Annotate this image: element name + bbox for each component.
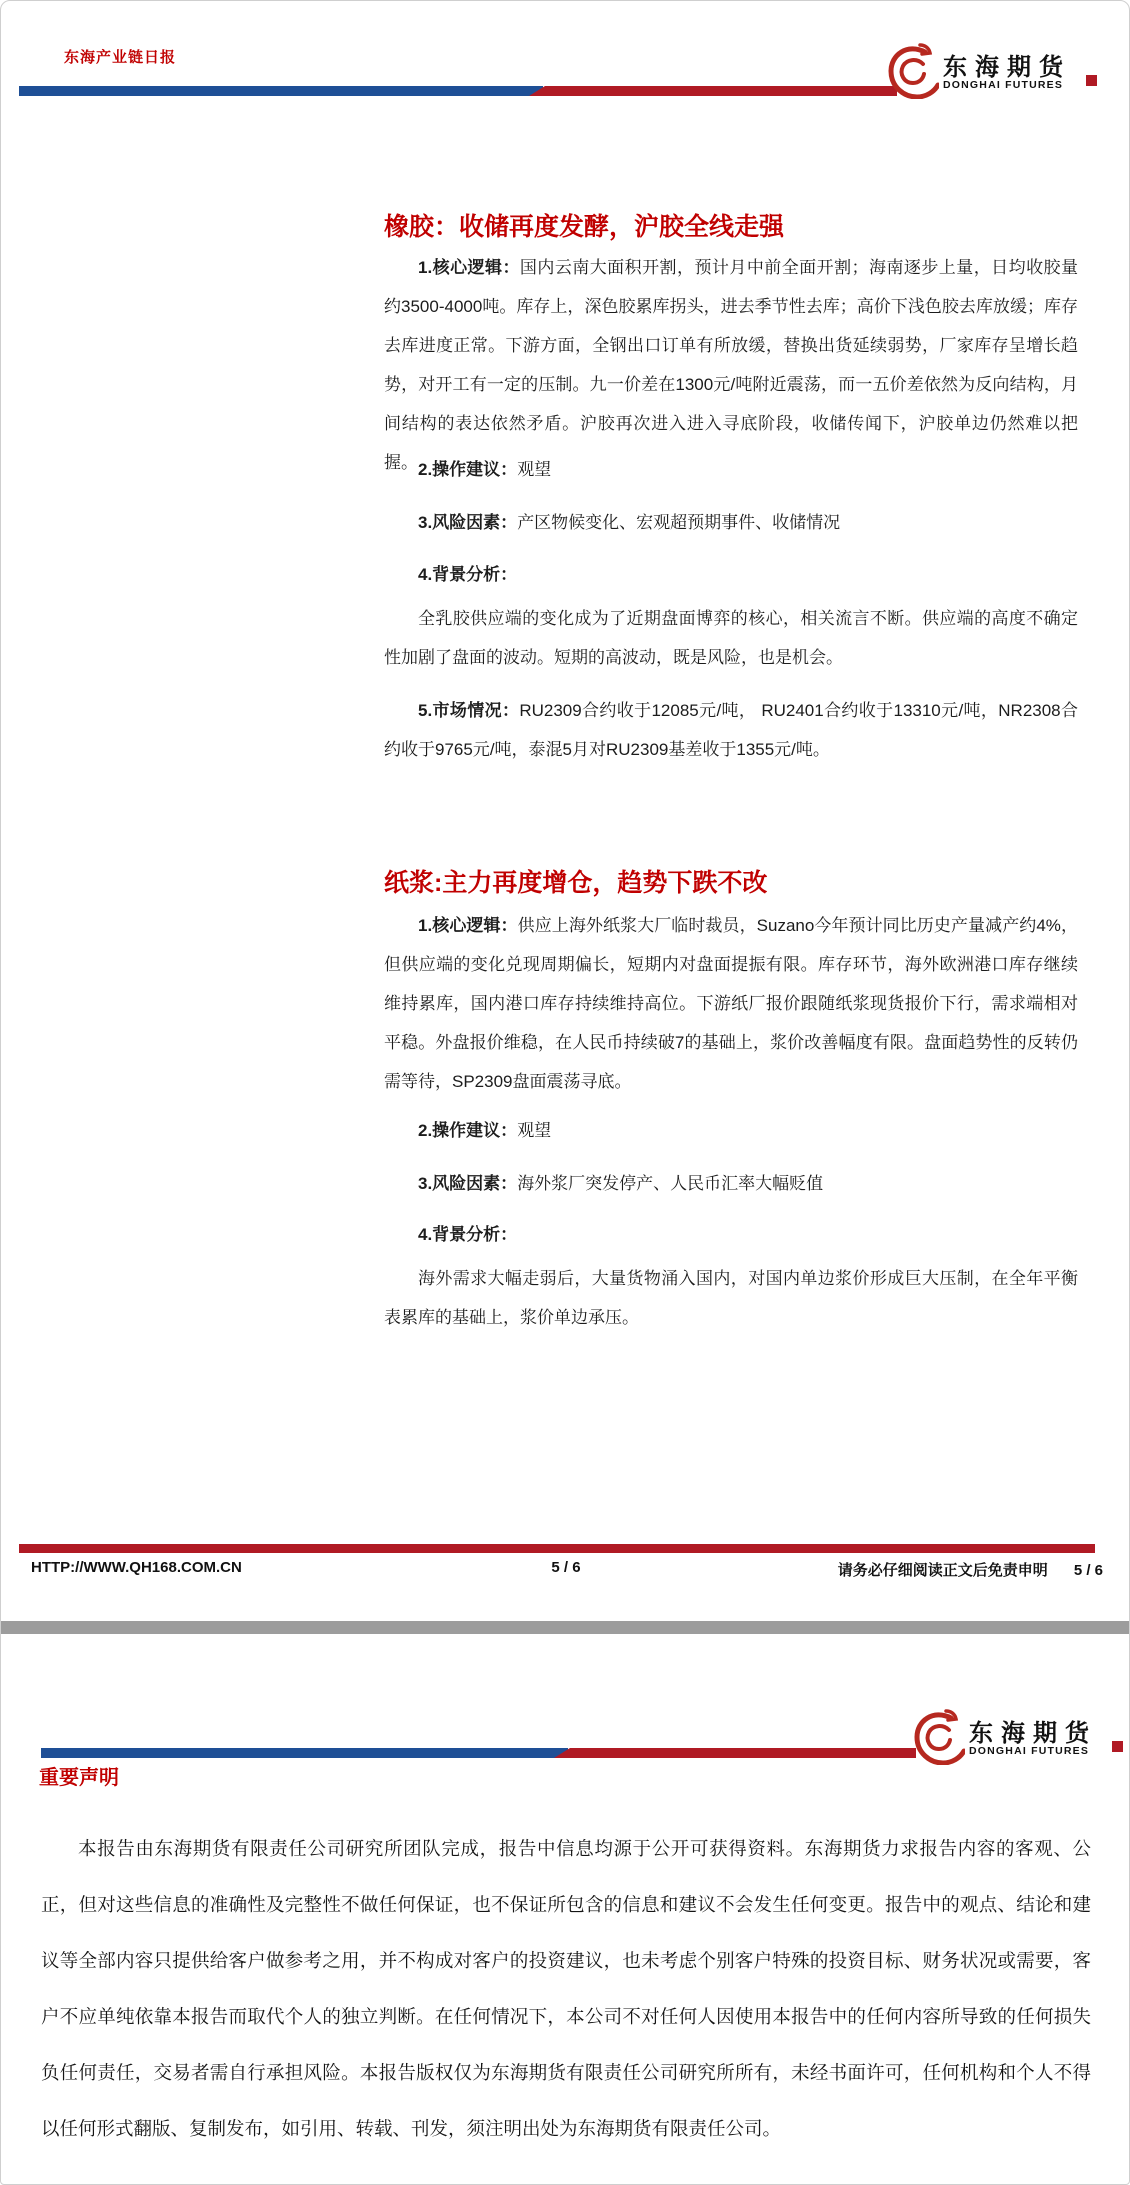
section-title-pulp: 纸浆:主力再度增仓，趋势下跌不改 (384, 863, 767, 899)
header-divider-bar (41, 1748, 916, 1758)
rubber-core-logic: 1.核心逻辑：国内云南大面积开割，预计月中前全面开割；海南逐步上量，日均收胶量约… (384, 248, 1078, 482)
divider-blue-segment (19, 86, 543, 96)
rubber-advice: 2.操作建议：观望 (384, 450, 1078, 489)
item-label: 1.核心逻辑： (418, 258, 520, 277)
item-text: 海外需求大幅走弱后，大量货物涌入国内，对国内单边浆价形成巨大压制，在全年平衡表累… (384, 1269, 1078, 1327)
item-text: 观望 (517, 1121, 551, 1140)
logo-chinese-name: 东海期货 (943, 47, 1071, 82)
item-text: 全乳胶供应端的变化成为了近期盘面博弈的核心，相关流言不断。供应端的高度不确定性加… (384, 609, 1078, 667)
footer-page-number-right: 5 / 6 (1074, 1562, 1103, 1579)
donghai-logo: 东海期货 DONGHAI FUTURES (885, 41, 1099, 101)
divider-red-segment (554, 1748, 916, 1758)
item-label: 2.操作建议： (418, 1121, 517, 1140)
pulp-core-logic: 1.核心逻辑：供应上海外纸浆大厂临时裁员，Suzano今年预计同比历史产量减产约… (384, 906, 1078, 1101)
section-title-rubber: 橡胶：收储再度发酵，沪胶全线走强 (384, 207, 784, 243)
pulp-risks: 3.风险因素：海外浆厂突发停产、人民币汇率大幅贬值 (384, 1164, 1078, 1203)
rubber-background-text: 全乳胶供应端的变化成为了近期盘面博弈的核心，相关流言不断。供应端的高度不确定性加… (384, 599, 1078, 677)
header-divider-bar (19, 86, 897, 96)
item-label: 5.市场情况： (418, 701, 519, 720)
item-label: 4.背景分析： (418, 565, 517, 584)
item-text: 国内云南大面积开割，预计月中前全面开割；海南逐步上量，日均收胶量约3500-40… (384, 258, 1078, 472)
item-text: 海外浆厂突发停产、人民币汇率大幅贬值 (517, 1174, 823, 1193)
item-text: 观望 (517, 460, 551, 479)
page-separator (1, 1621, 1130, 1634)
logo-red-square (1112, 1741, 1123, 1752)
rubber-risks: 3.风险因素：产区物候变化、宏观超预期事件、收储情况 (384, 503, 1078, 542)
divider-blue-segment (41, 1748, 568, 1758)
dragon-logo-icon (911, 1707, 965, 1765)
logo-chinese-name: 东海期货 (969, 1713, 1097, 1748)
footer-row: HTTP://WWW.QH168.COM.CN 5 / 6 请务必仔细阅读正文后… (1, 1559, 1130, 1583)
logo-red-square (1086, 75, 1097, 86)
item-label: 4.背景分析： (418, 1225, 517, 1244)
divider-red-segment (529, 86, 897, 96)
report-document: 东海产业链日报 东海期货 DONGHAI FUTURES 橡胶：收储再度发酵，沪… (0, 0, 1130, 2185)
pulp-background-label: 4.背景分析： (384, 1215, 1078, 1254)
item-label: 1.核心逻辑： (418, 916, 518, 935)
item-label: 3.风险因素： (418, 1174, 517, 1193)
footer-note-text: 请务必仔细阅读正文后免责申明 (838, 1562, 1048, 1579)
logo-english-name: DONGHAI FUTURES (969, 1745, 1089, 1757)
report-title: 东海产业链日报 (64, 46, 176, 67)
legal-disclaimer-text: 本报告由东海期货有限责任公司研究所团队完成，报告中信息均源于公开可获得资料。东海… (41, 1821, 1091, 2157)
footer-red-bar (19, 1544, 1095, 1553)
logo-english-name: DONGHAI FUTURES (943, 79, 1063, 91)
rubber-background-label: 4.背景分析： (384, 555, 1078, 594)
item-label: 2.操作建议： (418, 460, 517, 479)
rubber-market: 5.市场情况：RU2309合约收于12085元/吨， RU2401合约收于133… (384, 691, 1078, 769)
item-text: 供应上海外纸浆大厂临时裁员，Suzano今年预计同比历史产量减产约4%，但供应端… (384, 916, 1078, 1091)
footer-disclaimer-note: 请务必仔细阅读正文后免责申明5 / 6 (838, 1559, 1103, 1580)
important-statement-heading: 重要声明 (39, 1761, 119, 1790)
pulp-background-text: 海外需求大幅走弱后，大量货物涌入国内，对国内单边浆价形成巨大压制，在全年平衡表累… (384, 1259, 1078, 1337)
dragon-logo-icon (885, 41, 939, 99)
item-label: 3.风险因素： (418, 513, 517, 532)
item-text: 产区物候变化、宏观超预期事件、收储情况 (517, 513, 840, 532)
donghai-logo: 东海期货 DONGHAI FUTURES (911, 1707, 1125, 1767)
pulp-advice: 2.操作建议：观望 (384, 1111, 1078, 1150)
